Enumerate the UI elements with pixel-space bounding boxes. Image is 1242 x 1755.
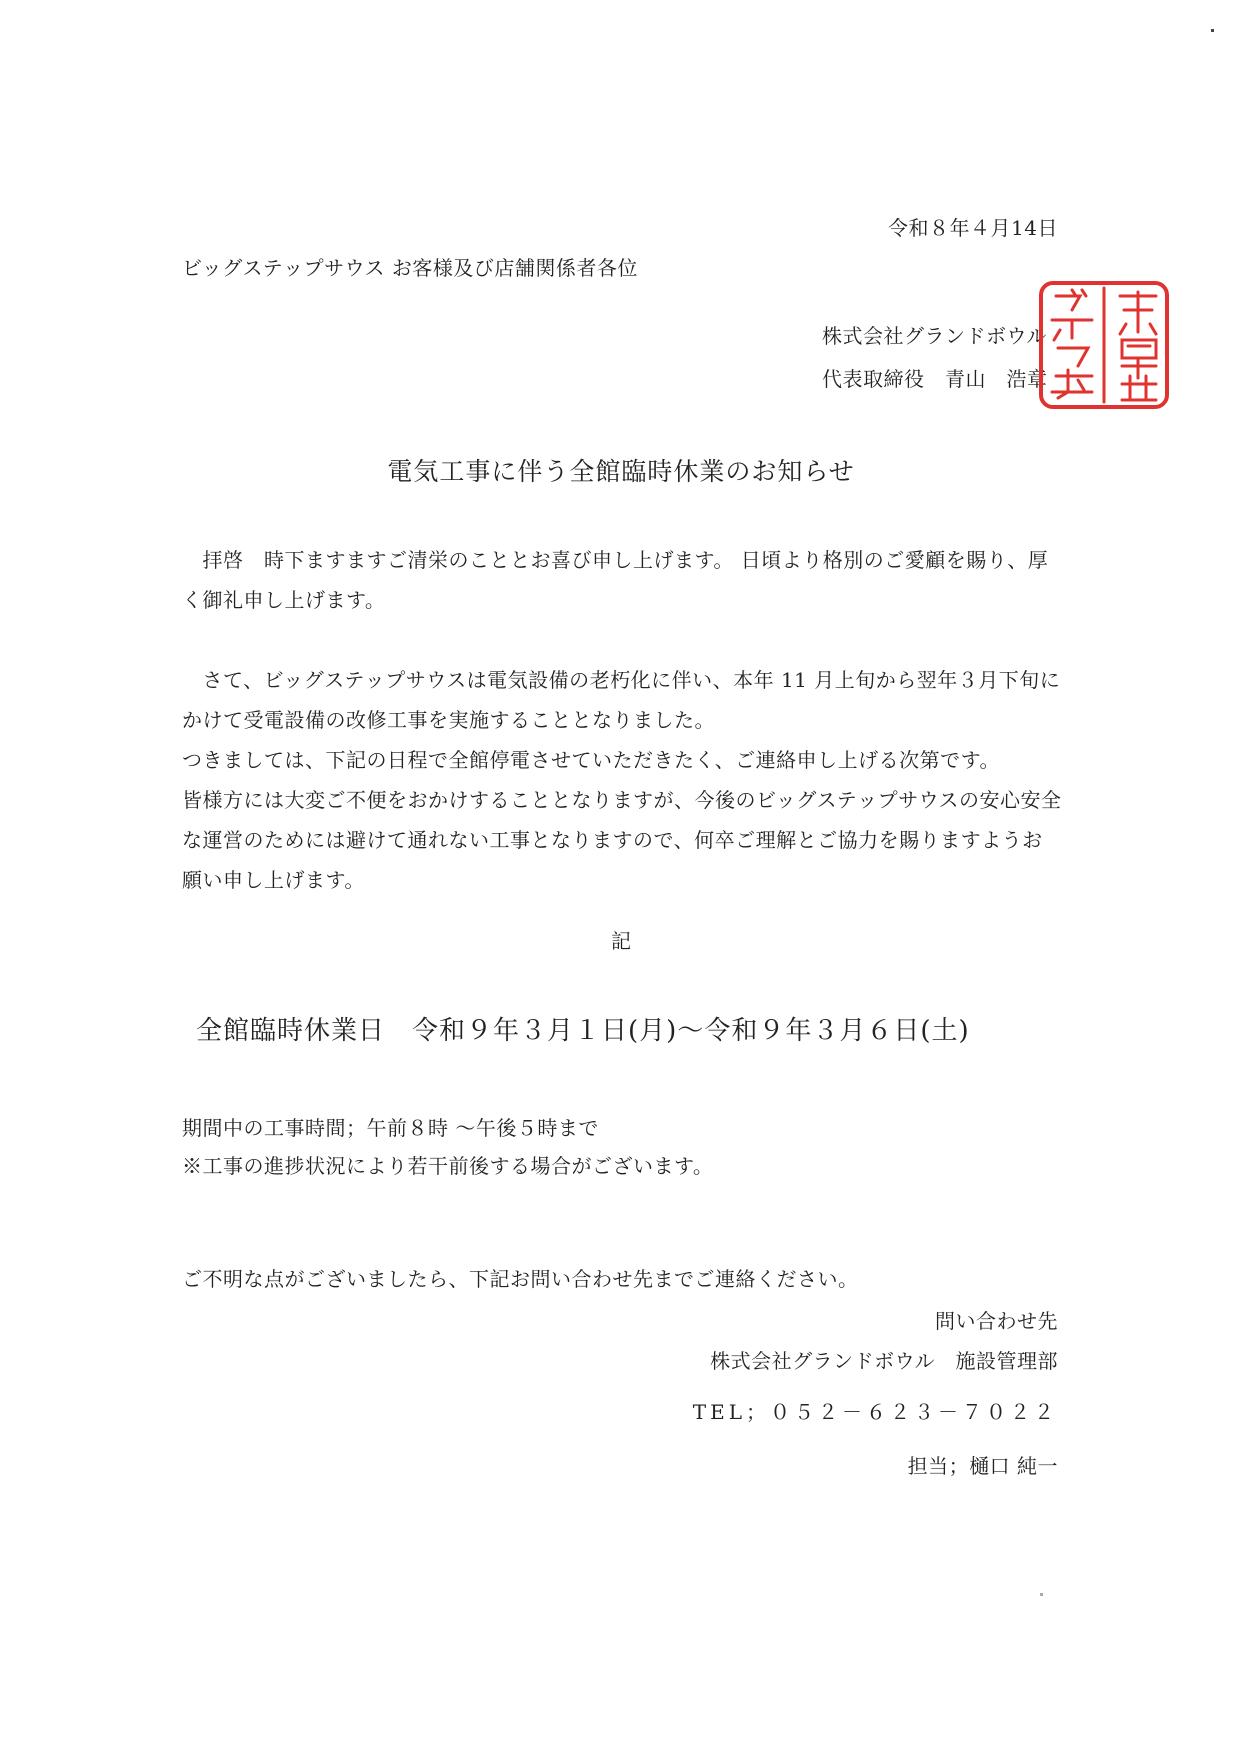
closure-dates: 全館臨時休業日 令和９年３月１日(月)～令和９年３月６日(土) — [196, 1010, 970, 1047]
addressee: ビッグステップサウス お客様及び店舗関係者各位 — [182, 252, 638, 281]
body-line-3: 皆様方には大変ご不便をおかけすることとなりますが、今後のビッグステップサウスの安… — [182, 780, 1062, 900]
schedule-note: ※工事の進捗状況により若干前後する場合がございます。 — [182, 1150, 713, 1179]
document-date: 令和８年４月14日 — [888, 212, 1058, 241]
scan-speck — [1040, 1593, 1043, 1596]
company-seal-icon — [1038, 280, 1170, 410]
contact-person: 担当；樋口 純一 — [908, 1450, 1058, 1479]
work-hours: 期間中の工事時間；午前８時 ～午後５時まで — [182, 1112, 599, 1141]
body-line-2: つきましては、下記の日程で全館停電させていただきたく、ご連絡申し上げる次第です。 — [182, 740, 1062, 780]
sender-representative: 代表取締役 青山 浩章 — [822, 363, 1048, 392]
greeting-paragraph: 拝啓 時下ますますご清栄のこととお喜び申し上げます。 日頃より格別のご愛顧を賜り… — [182, 540, 1062, 620]
contact-phone: TEL；０５２－６２３－７０２２ — [693, 1396, 1058, 1425]
closure-label: 全館臨時休業日 — [196, 1016, 385, 1046]
contact-department: 株式会社グランドボウル 施設管理部 — [710, 1345, 1058, 1374]
body-line-1: さて、ビッグステップサウスは電気設備の老朽化に伴い、本年 11 月上旬から翌年３… — [182, 660, 1062, 740]
body-paragraph: さて、ビッグステップサウスは電気設備の老朽化に伴い、本年 11 月上旬から翌年３… — [182, 660, 1062, 900]
closure-period: 令和９年３月１日(月)～令和９年３月６日(土) — [412, 1016, 970, 1046]
record-heading: 記 — [0, 925, 1242, 954]
document-title: 電気工事に伴う全館臨時休業のお知らせ — [0, 452, 1242, 488]
scan-speck — [1211, 29, 1214, 32]
contact-label: 問い合わせ先 — [935, 1305, 1058, 1334]
inquiry-text: ご不明な点がございましたら、下記お問い合わせ先までご連絡ください。 — [182, 1263, 859, 1292]
sender-company: 株式会社グランドボウル — [822, 320, 1047, 349]
